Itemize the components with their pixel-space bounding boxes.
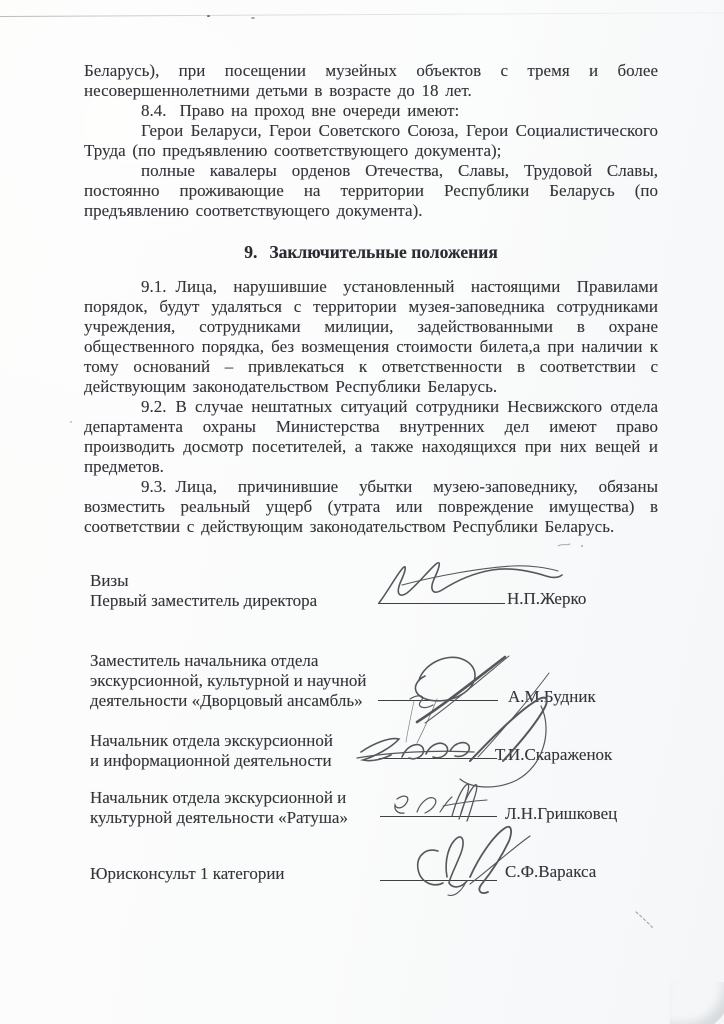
clause-number: 9.3. xyxy=(141,477,167,496)
signatory-name: Л.Н.Гришковец xyxy=(505,804,617,824)
position-title: и информационной деятельности xyxy=(90,751,333,771)
signatory-name: С.Ф.Варакса xyxy=(505,862,596,882)
visa-block-budnik: Заместитель начальника отдела экскурсион… xyxy=(90,651,367,711)
visa-block-lawyer: Юрисконсульт 1 категории xyxy=(90,864,285,884)
clause-text: В случае нештатных ситуаций сотрудники Н… xyxy=(84,397,658,476)
scan-speck xyxy=(70,421,72,423)
paragraph-continuation: Беларусь), при посещении музейных объект… xyxy=(84,61,658,101)
scanned-document-page: Беларусь), при посещении музейных объект… xyxy=(0,0,724,1024)
position-title: Юрисконсульт 1 категории xyxy=(90,864,285,884)
scan-edge-line xyxy=(0,12,724,17)
section-number: 9. xyxy=(244,242,257,262)
clause-9-2: 9.2.В случае нештатных ситуаций сотрудни… xyxy=(84,397,658,477)
paragraph-8-4: 8.4.Право на проход вне очереди имеют: xyxy=(84,101,658,121)
signature-line xyxy=(378,603,505,604)
document-text: Беларусь), при посещении музейных объект… xyxy=(84,61,658,537)
clause-number: 8.4. xyxy=(141,101,167,120)
signatory-name: Т.И.Скараженок xyxy=(495,745,612,765)
visa-block-grishkovets: Начальник отдела экскурсионной и культур… xyxy=(90,788,348,828)
position-title: культурной деятельности «Ратуша» xyxy=(90,808,348,828)
position-title: Заместитель начальника отдела xyxy=(90,651,367,671)
paragraph-cavaliers: полные кавалеры орденов Отечества, Славы… xyxy=(84,161,658,221)
paragraph-heroes: Герои Беларуси, Герои Советского Союза, … xyxy=(84,121,658,161)
signature-line xyxy=(378,700,498,701)
section-heading: 9.Заключительные положения xyxy=(84,242,658,262)
position-title: Начальник отдела экскурсионной и xyxy=(90,788,348,808)
scan-speck xyxy=(251,17,255,19)
scan-corner-shadow xyxy=(670,982,724,1024)
visa-block-skarazhenok: Начальник отдела экскурсионной и информа… xyxy=(90,731,333,771)
signature-line xyxy=(380,880,497,881)
clause-number: 9.2. xyxy=(141,397,167,416)
clause-9-1: 9.1.Лица, нарушившие установленный насто… xyxy=(84,277,658,397)
signatory-name: Н.П.Жерко xyxy=(507,589,586,609)
signatory-name: А.М.Будник xyxy=(508,687,596,707)
clause-9-3: 9.3.Лица, причинившие убытки музею-запов… xyxy=(84,477,658,537)
signature-skarazhenok-ink xyxy=(357,698,547,787)
clause-text: Лица, нарушившие установленный настоящим… xyxy=(84,277,658,396)
visa-block-director: Визы Первый заместитель директора xyxy=(90,571,317,611)
position-title: экскурсионной, культурной и научной xyxy=(90,671,367,691)
signature-line xyxy=(380,816,497,817)
visa-label: Визы xyxy=(90,571,317,591)
clause-text: Право на проход вне очереди имеют: xyxy=(180,101,460,120)
signature-line xyxy=(379,758,497,759)
position-title: Первый заместитель директора xyxy=(90,591,317,611)
position-title: деятельности «Дворцовый ансамбль» xyxy=(90,691,367,711)
section-title: Заключительные положения xyxy=(269,242,497,262)
scan-speck xyxy=(207,15,210,17)
clause-text: Лица, причинившие убытки музею-заповедни… xyxy=(84,477,658,536)
position-title: Начальник отдела экскурсионной xyxy=(90,731,333,751)
clause-number: 9.1. xyxy=(141,277,167,296)
